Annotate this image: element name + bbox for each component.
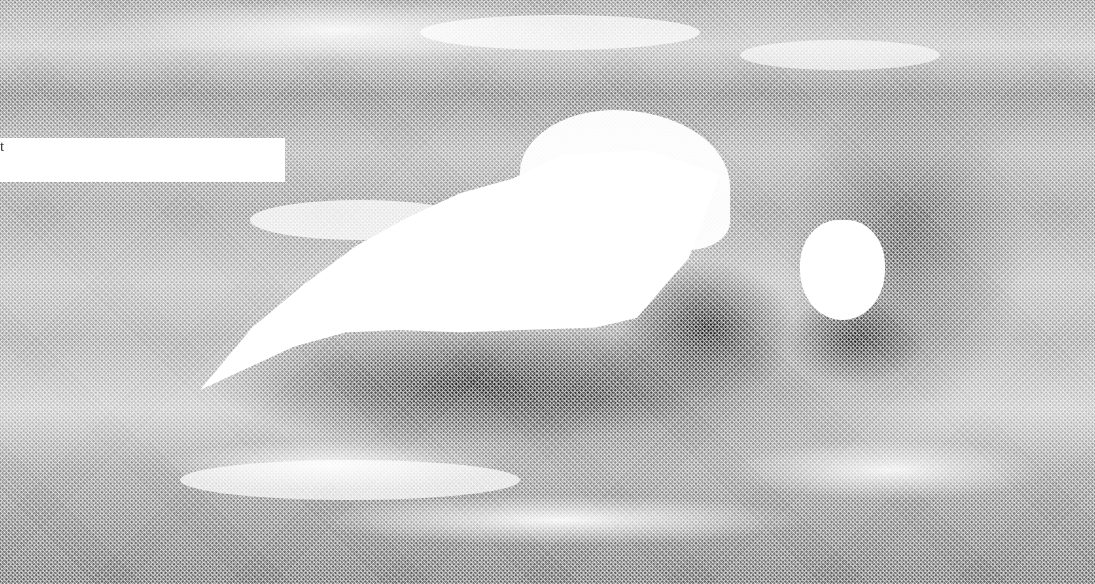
halftone-photo: t <box>0 0 1095 584</box>
spray-blob <box>800 220 885 320</box>
foam-streak <box>180 460 520 500</box>
sky-highlight <box>420 15 700 50</box>
caption-fragment: t <box>0 140 4 155</box>
caption-band <box>0 138 285 182</box>
sky-highlight-right <box>740 40 940 70</box>
